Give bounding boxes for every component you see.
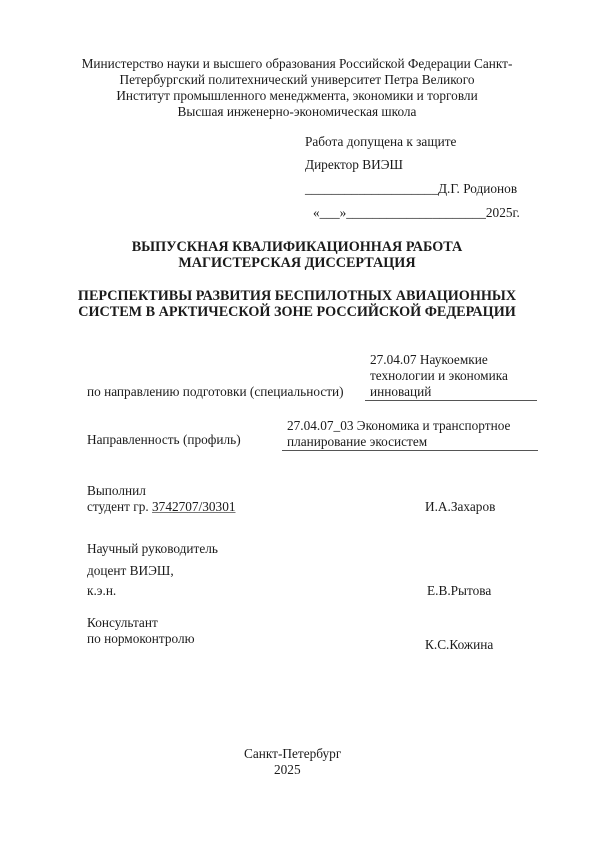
student-label: Выполнил xyxy=(87,483,146,499)
work-type-line1: ВЫПУСКНАЯ КВАЛИФИКАЦИОННАЯ РАБОТА xyxy=(0,239,594,255)
consultant-name: К.С.Кожина xyxy=(425,637,493,653)
supervisor-label: Научный руководитель xyxy=(87,541,218,557)
header-line-university: Петербургский политехнический университе… xyxy=(0,72,594,88)
supervisor-degree: к.э.н. xyxy=(87,583,116,599)
work-type-line2: МАГИСТЕРСКАЯ ДИССЕРТАЦИЯ xyxy=(0,255,594,271)
approval-date: «___»_____________________2025г. xyxy=(313,205,520,221)
direction-value-line1: 27.04.07 Наукоемкие xyxy=(370,352,488,368)
group-prefix: студент гр. xyxy=(87,499,149,514)
topic-line2: СИСТЕМ В АРКТИЧЕСКОЙ ЗОНЕ РОССИЙСКОЙ ФЕД… xyxy=(0,304,594,320)
signature-line: ____________________ xyxy=(305,181,438,196)
group-number: 3742707/30301 xyxy=(152,499,235,514)
direction-value-line2: технологии и экономика xyxy=(370,368,508,384)
date-quote-open: « xyxy=(313,205,320,220)
director-name: Д.Г. Родионов xyxy=(438,181,517,196)
date-day-blank: ___ xyxy=(320,205,340,220)
student-name: И.А.Захаров xyxy=(425,499,495,515)
profile-underline xyxy=(282,450,538,451)
consultant-label: Консультант xyxy=(87,615,158,631)
topic-line1: ПЕРСПЕКТИВЫ РАЗВИТИЯ БЕСПИЛОТНЫХ АВИАЦИО… xyxy=(0,288,594,304)
header-line-school: Высшая инженерно-экономическая школа xyxy=(0,104,594,120)
direction-value-line3: инноваций xyxy=(370,384,431,400)
profile-value-line2: планирование экосистем xyxy=(287,434,427,450)
header-line-institute: Институт промышленного менеджмента, экон… xyxy=(0,88,594,104)
date-year: 2025г. xyxy=(486,205,520,220)
supervisor-name: Е.В.Рытова xyxy=(427,583,491,599)
footer-year: 2025 xyxy=(274,762,301,778)
direction-underline xyxy=(365,400,537,401)
footer-city: Санкт-Петербург xyxy=(244,746,341,762)
header-line-ministry: Министерство науки и высшего образования… xyxy=(0,56,594,72)
approval-admitted: Работа допущена к защите xyxy=(305,134,456,150)
approval-position: Директор ВИЭШ xyxy=(305,157,403,173)
direction-label: по направлению подготовки (специальности… xyxy=(87,384,344,400)
student-group-line: студент гр. 3742707/30301 xyxy=(87,499,236,515)
director-signature: ____________________Д.Г. Родионов xyxy=(305,181,517,197)
date-month-blank: _____________________ xyxy=(346,205,486,220)
supervisor-position: доцент ВИЭШ, xyxy=(87,563,174,579)
consultant-role: по нормоконтролю xyxy=(87,631,195,647)
profile-value-line1: 27.04.07_03 Экономика и транспортное xyxy=(287,418,510,434)
profile-label: Направленность (профиль) xyxy=(87,432,241,448)
